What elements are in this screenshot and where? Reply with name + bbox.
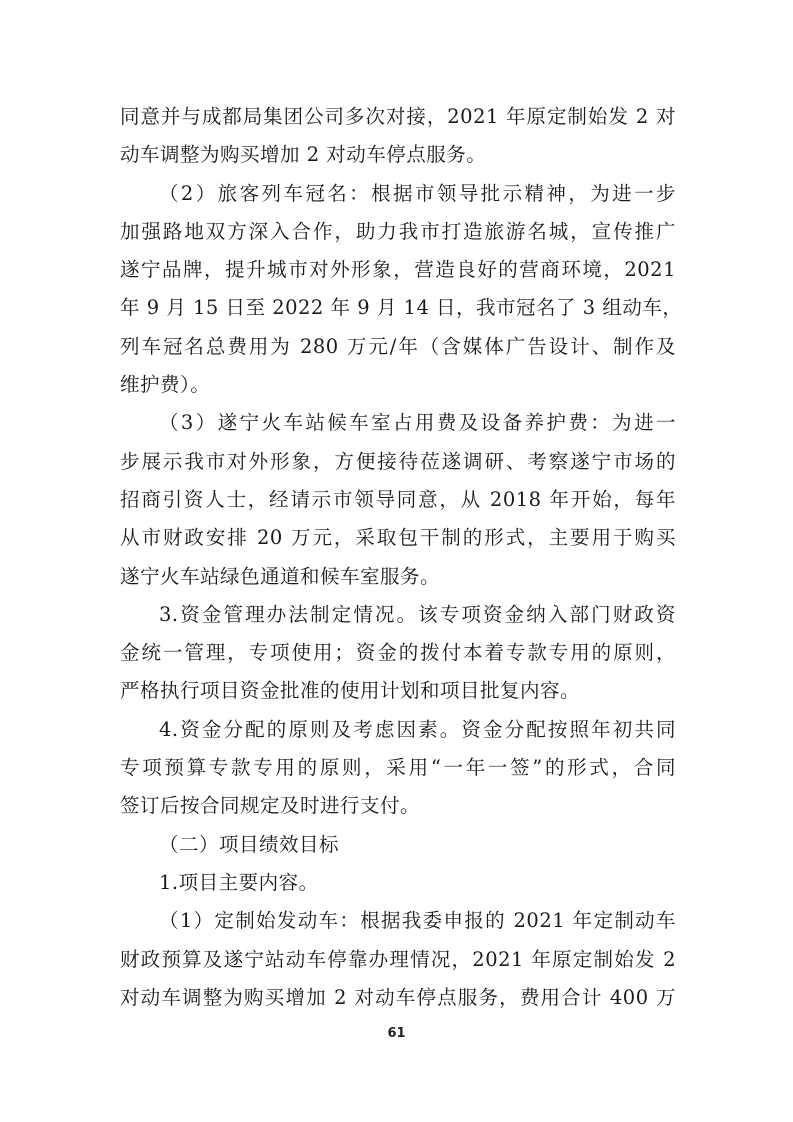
- text-line: 招商引资人士，经请示市领导同意，从 2018 年开始，每年: [120, 481, 676, 519]
- text-line: 金统一管理，专项使用；资金的拨付本着专款专用的原则，: [120, 634, 676, 672]
- text-line: 动车调整为购买增加 2 对动车停点服务。: [120, 136, 676, 174]
- section-heading-fund-allocation: 4.资金分配的原则及考虑因素。资金分配按照年初共同: [120, 711, 676, 749]
- section-heading-fund-management: 3.资金管理办法制定情况。该专项资金纳入部门财政资: [120, 596, 676, 634]
- text-line: 遂宁火车站绿色通道和候车室服务。: [120, 558, 676, 596]
- text-line: 年 9 月 15 日至 2022 年 9 月 14 日，我市冠名了 3 组动车，: [120, 289, 676, 327]
- text-line: 专项预算专款专用的原则，采用“一年一签”的形式，合同: [120, 749, 676, 787]
- text-line: 维护费）。: [120, 366, 676, 404]
- text-line: 签订后按合同规定及时进行支付。: [120, 787, 676, 825]
- text-line: 同意并与成都局集团公司多次对接，2021 年原定制始发 2 对: [120, 98, 676, 136]
- document-page: 同意并与成都局集团公司多次对接，2021 年原定制始发 2 对 动车调整为购买增…: [0, 0, 793, 1122]
- text-line: 遂宁品牌，提升城市对外形象，营造良好的营商环境，2021: [120, 251, 676, 289]
- text-line: 财政预算及遂宁站动车停靠办理情况，2021 年原定制始发 2: [120, 941, 676, 979]
- section-heading-waiting-room-fees: （3）遂宁火车站候车室占用费及设备养护费：为进一: [120, 404, 676, 442]
- text-line: 列车冠名总费用为 280 万元/年（含媒体广告设计、制作及: [120, 328, 676, 366]
- text-line: 加强路地双方深入合作，助力我市打造旅游名城，宣传推广: [120, 213, 676, 251]
- body-text: 同意并与成都局集团公司多次对接，2021 年原定制始发 2 对 动车调整为购买增…: [120, 98, 676, 1017]
- text-line: 对动车调整为购买增加 2 对动车停点服务，费用合计 400 万: [120, 979, 676, 1017]
- section-heading-passenger-train-naming: （2）旅客列车冠名：根据市领导批示精神，为进一步: [120, 175, 676, 213]
- text-line: 步展示我市对外形象，方便接待莅遂调研、考察遂宁市场的: [120, 443, 676, 481]
- section-heading-performance-goals: （二）项目绩效目标: [120, 826, 676, 864]
- text-line: 严格执行项目资金批准的使用计划和项目批复内容。: [120, 672, 676, 710]
- text-line: 从市财政安排 20 万元，采取包干制的形式，主要用于购买: [120, 519, 676, 557]
- section-heading-custom-trains: （1）定制始发动车：根据我委申报的 2021 年定制动车: [120, 902, 676, 940]
- section-heading-main-content: 1.项目主要内容。: [120, 864, 676, 902]
- page-number: 61: [0, 1026, 793, 1041]
